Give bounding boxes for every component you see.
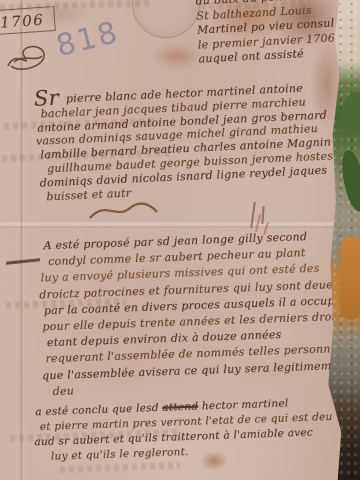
orange-fruit (340, 236, 360, 320)
paper-sheet: 1706 818 du buix du pont de St balthezan… (0, 0, 360, 480)
horizontal-fold-crease (0, 222, 360, 226)
ink-doodle (2, 36, 64, 78)
proposal-paragraph: A esté proposé par sd jean longe gilly s… (37, 228, 351, 401)
manuscript-photo: 1706 818 du buix du pont de St balthezan… (0, 0, 360, 480)
embossed-seal (132, 0, 200, 38)
names-paragraph: Srpierre blanc ade hector martinel antoi… (34, 79, 335, 204)
struck-word: attend (162, 401, 198, 414)
header-block: du buix du pont de St balthezand Louis M… (195, 0, 336, 68)
ink-flourish (88, 198, 160, 224)
year-stamp: 1706 (0, 10, 45, 31)
conclusion-text: hector martinel (202, 397, 289, 412)
conclusion-paragraph: a esté conclu que lesd attend hector mar… (35, 395, 334, 465)
year-stamp-box: 1706 (0, 6, 56, 35)
